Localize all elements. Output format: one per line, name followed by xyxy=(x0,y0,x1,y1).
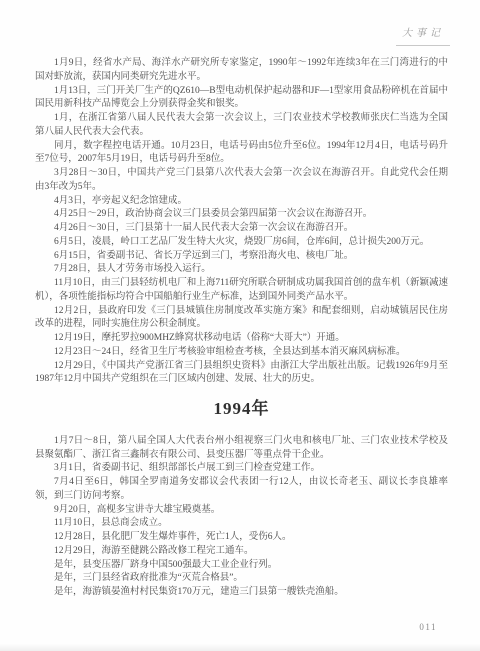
chronicle-entry: 11月10日，县总商会成立。 xyxy=(35,517,448,531)
running-header-title: 大事记 xyxy=(402,28,444,39)
running-header: 大事记 xyxy=(396,21,450,46)
chronicle-entry: 是年，县变压器厂跻身中国500强最大工业企业行列。 xyxy=(35,559,448,573)
chronicle-entry: 12月19日，摩托罗拉900MHZ蜂窝状移动电话（俗称“大哥大”）开通。 xyxy=(35,332,448,346)
chronicle-entry: 12月2日，县政府印发《三门县城镇住房制度改革实施方案》和配套细则，启动城镇居民… xyxy=(35,305,448,333)
chronicle-entry: 4月26日～30日，三门县第十一届人民代表大会第一次会议在海游召开。 xyxy=(35,222,448,236)
page-content: 1月9日，经省水产局、海洋水产研究所专家鉴定，1990年～1992年连续3年在三… xyxy=(35,57,448,600)
chronicle-entry: 同月，数字程控电话开通。10月23日，电话号码由5位升至6位。1994年12月4… xyxy=(35,140,448,168)
chronicle-entry: 6月5日，凌晨，岭口工艺品厂发生特大火灾，烧毁厂房6间，仓库6间，总计损失200… xyxy=(35,236,448,250)
chronicle-entry: 是年，海游镇晏渔村村民集资170万元，建造三门县第一艘铁壳渔船。 xyxy=(35,586,448,600)
chronicle-entry: 12月29日，《中国共产党浙江省三门县组织史资料》由浙江大学出版社出版。记载19… xyxy=(35,360,448,388)
chronicle-entry: 1月7日～8日，第八届全国人大代表台州小组视察三门火电和核电厂址、三门农业技术学… xyxy=(35,435,448,463)
section-1993-entries: 1月9日，经省水产局、海洋水产研究所专家鉴定，1990年～1992年连续3年在三… xyxy=(35,57,448,387)
year-heading-1994: 1994年 xyxy=(35,402,448,416)
chronicle-entry: 12月23日～24日，经省卫生厅考核验审组检查考核，全县达到基本消灭麻风病标准。 xyxy=(35,346,448,360)
book-page: 大事记 1月9日，经省水产局、海洋水产研究所专家鉴定，1990年～1992年连续… xyxy=(0,0,480,651)
chronicle-entry: 11月10日，由三门县轻纺机电厂和上海711研究所联合研制成功属我国首创的盘车机… xyxy=(35,277,448,305)
chronicle-entry: 7月28日，县人才劳务市场投入运行。 xyxy=(35,263,448,277)
section-1994-entries: 1月7日～8日，第八届全国人大代表台州小组视察三门火电和核电厂址、三门农业技术学… xyxy=(35,435,448,600)
chronicle-entry: 12月29日，海游至健跳公路改修工程完工通车。 xyxy=(35,545,448,559)
chronicle-entry: 3月28日～30日，中国共产党三门县第八次代表大会第一次会议在海游召开。自此党代… xyxy=(35,167,448,195)
chronicle-entry: 是年，三门县经省政府批准为“灭荒合格县”。 xyxy=(35,572,448,586)
chronicle-entry: 1月9日，经省水产局、海洋水产研究所专家鉴定，1990年～1992年连续3年在三… xyxy=(35,57,448,85)
page-number: 011 xyxy=(419,622,437,632)
chronicle-entry: 4月25日～29日，政治协商会议三门县委员会第四届第一次会议在海游召开。 xyxy=(35,208,448,222)
chronicle-entry: 7月4日至6日，韩国全罗南道务安郡议会代表团一行12人，由议长奇老玉、副议长李良… xyxy=(35,476,448,504)
chronicle-entry: 1月13日，三门开关厂生产的QZ610—B型电动机保护起动器和JF—1型家用食品… xyxy=(35,85,448,113)
chronicle-entry: 4月3日，亭旁起义纪念馆建成。 xyxy=(35,195,448,209)
chronicle-entry: 9月20日，高枧多宝讲寺大雄宝殿奠基。 xyxy=(35,504,448,518)
chronicle-entry: 1月，在浙江省第八届人民代表大会第一次会议上，三门农业技术学校教师张庆仁当选为全… xyxy=(35,112,448,140)
chronicle-entry: 6月15日，省委副书记、省长万学远到三门，考察沿海火电、核电厂址。 xyxy=(35,250,448,264)
page-bottom-shadow xyxy=(0,643,480,651)
chronicle-entry: 12月28日，县化肥厂发生爆炸事件，死亡1人，受伤6人。 xyxy=(35,531,448,545)
chronicle-entry: 3月1日，省委副书记、组织部部长卢展工到三门检查党建工作。 xyxy=(35,462,448,476)
